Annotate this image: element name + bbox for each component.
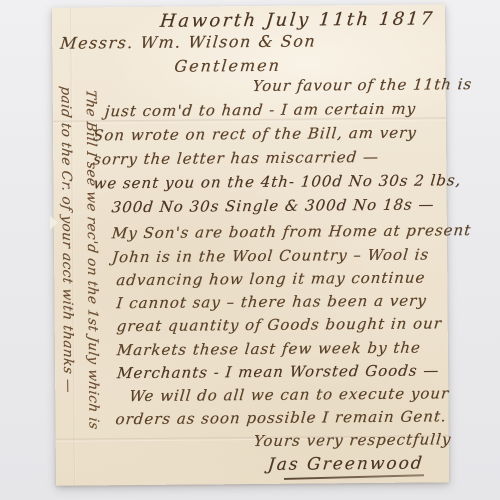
letter-salutation: Gentlemen	[174, 56, 282, 76]
letter-line: Merchants - I mean Worsted Goods —	[116, 361, 440, 382]
letter-photo: Haworth July 11th 1817 Messrs. Wm. Wilso…	[0, 0, 500, 500]
letter-line: advancing how long it may continue	[115, 268, 426, 289]
letter-addressee: Messrs. Wm. Wilson & Son	[59, 31, 317, 52]
letter-line: sorry the letter has miscarried —	[92, 148, 379, 169]
letter-line: we sent you on the 4th- 100d No 30s 2 lb…	[93, 171, 463, 192]
letter-paper: Haworth July 11th 1817 Messrs. Wm. Wilso…	[52, 4, 449, 485]
letter-line: orders as soon possible I remain Gent.	[115, 407, 448, 428]
letter-line: Markets these last few week by the	[116, 339, 422, 360]
letter-line: Son wrote on rect of the Bill, am very	[92, 124, 417, 145]
letter-line: great quantity of Goods bought in our	[116, 314, 443, 335]
letter-dateline: Haworth July 11th 1817	[159, 8, 436, 31]
signature-flourish	[284, 474, 424, 480]
letter-line: just com'd to hand - I am certain my	[104, 100, 417, 121]
letter-line: We will do all we can to execute your	[128, 384, 450, 405]
margin-note-line: The Bill I see we rec'd on the 1st July …	[78, 88, 106, 443]
letter-line: 300d No 30s Single & 300d No 18s —	[111, 195, 436, 216]
letter-closing: Yours very respectfully	[253, 430, 452, 450]
letter-line: My Son's are boath from Home at present	[111, 221, 472, 242]
margin-note: The Bill I see we rec'd on the 1st July …	[49, 84, 106, 443]
letter-line: John is in the Wool Country – Wool is	[111, 245, 430, 266]
letter-signature: Jas Greenwood	[267, 453, 425, 474]
margin-note-line: paid to the Cr. of your acct with thanks…	[53, 85, 81, 440]
letter-line: I cannot say – there has been a very	[116, 291, 428, 312]
letter-line: Your favour of the 11th is	[252, 75, 473, 95]
